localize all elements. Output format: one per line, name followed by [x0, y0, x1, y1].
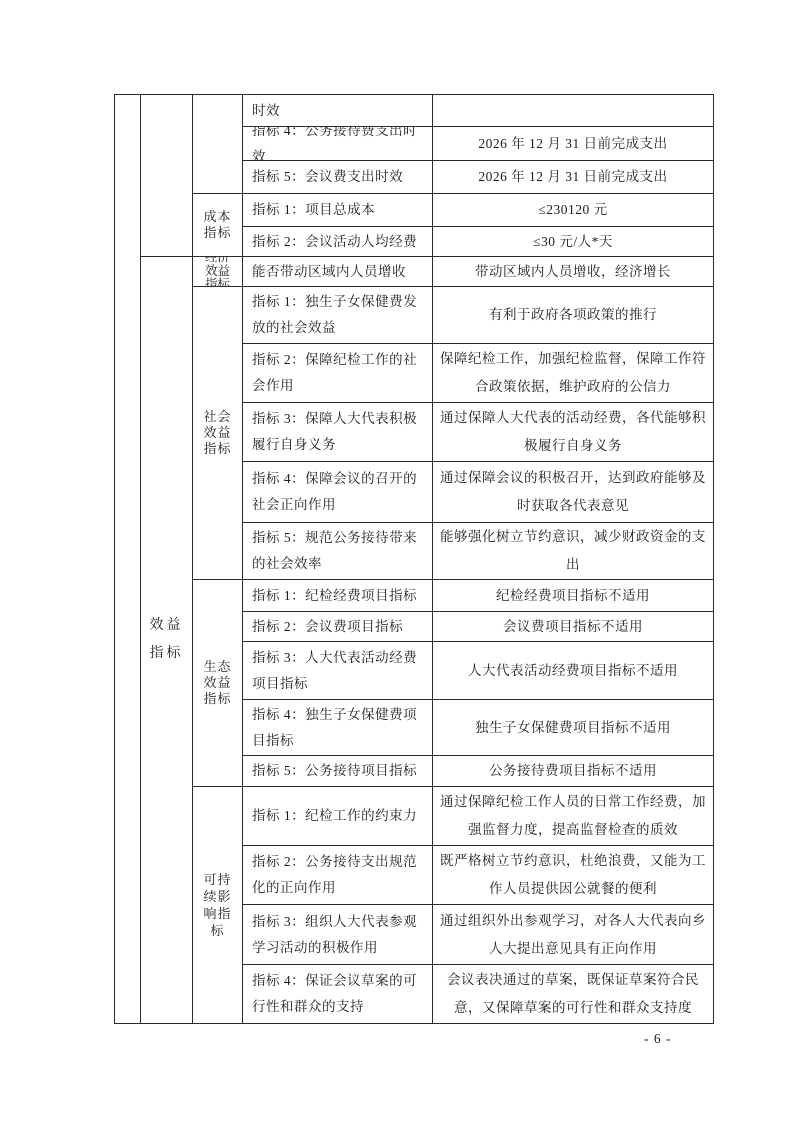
group-ecological-cell: 生态效益指标 [193, 580, 243, 787]
indicator-cell: 能否带动区域内人员增收 [243, 257, 433, 287]
indicator-cell: 指标 1：纪检工作的约束力 [243, 787, 433, 846]
value-cell: ≤30 元/人*天 [433, 227, 713, 257]
page-number: - 6 - [644, 1031, 672, 1047]
indicator-cell: 指标 4：独生子女保健费项目指标 [243, 700, 433, 756]
indicator-cell: 指标 2：会议活动人均经费 [243, 227, 433, 257]
group-cost-label: 成本指标 [203, 209, 232, 241]
indicator-cell: 指标 5：会议费支出时效 [243, 161, 433, 194]
group-empty-cell [193, 95, 243, 194]
group-ecological-label: 生态效益指标 [203, 659, 232, 707]
group-cost-cell: 成本指标 [193, 194, 243, 257]
left-spanner-cell [115, 95, 141, 1023]
indicator-cell: 指标 2：会议费项目指标 [243, 612, 433, 642]
indicator-cell: 指标 3：人大代表活动经费项目指标 [243, 642, 433, 700]
category-benefit-cell: 效益指标 [141, 257, 193, 1023]
indicator-cell: 指标 1：纪检经费项目指标 [243, 580, 433, 612]
benefit-indicators-label: 效益指标 [150, 612, 184, 668]
indicator-cell: 指标 1：项目总成本 [243, 194, 433, 227]
value-cell: 2026 年 12 月 31 日前完成支出 [433, 161, 713, 194]
value-cell: 2026 年 12 月 31 日前完成支出 [433, 127, 713, 161]
indicator-cell: 指标 3：保障人大代表积极履行自身义务 [243, 403, 433, 462]
value-cell: 纪检经费项目指标不适用 [433, 580, 713, 612]
value-cell: 人大代表活动经费项目指标不适用 [433, 642, 713, 700]
value-cell: 会议表决通过的草案，既保证草案符合民意，又保障草案的可行性和群众支持度 [433, 965, 713, 1023]
value-cell: 保障纪检工作，加强纪检监督，保障工作符合政策依据，维护政府的公信力 [433, 344, 713, 403]
group-economic-label: 经济效益指标 [204, 257, 231, 287]
value-cell: 通过组织外出参观学习，对各人大代表向乡人大提出意见具有正向作用 [433, 905, 713, 965]
indicator-cell: 指标 4：保障会议的召开的社会正向作用 [243, 462, 433, 523]
indicator-cell: 指标 5：规范公务接待带来的社会效率 [243, 523, 433, 580]
value-cell: 带动区域内人员增收，经济增长 [433, 257, 713, 287]
value-cell: 会议费项目指标不适用 [433, 612, 713, 642]
indicator-cell: 指标 5：公务接待项目指标 [243, 756, 433, 787]
group-social-cell: 社会效益指标 [193, 287, 243, 580]
value-cell: 通过保障纪检工作人员的日常工作经费，加强监督力度，提高监督检查的质效 [433, 787, 713, 846]
value-cell: 通过保障人大代表的活动经费，各代能够积极履行自身义务 [433, 403, 713, 462]
value-cell: 独生子女保健费项目指标不适用 [433, 700, 713, 756]
value-cell: 既严格树立节约意识，杜绝浪费，又能为工作人员提供因公就餐的便利 [433, 846, 713, 905]
indicator-cell: 时效 [243, 95, 433, 127]
group-social-label: 社会效益指标 [203, 409, 232, 457]
group-sustainability-label: 可持续影响指标 [203, 871, 232, 939]
document-page: 效益指标 成本指标 经济效益指标 社会效益指标 生态效益指标 可持续影响指标 时… [0, 0, 793, 1122]
indicator-cell: 指标 4：公务接待费支出时效 [243, 127, 433, 161]
group-sustainability-cell: 可持续影响指标 [193, 787, 243, 1023]
value-cell: 通过保障会议的积极召开，达到政府能够及时获取各代表意见 [433, 462, 713, 523]
indicator-cell: 指标 3：组织人大代表参观学习活动的积极作用 [243, 905, 433, 965]
value-cell: 公务接待费项目指标不适用 [433, 756, 713, 787]
group-economic-cell: 经济效益指标 [193, 257, 243, 287]
indicator-cell: 指标 1：独生子女保健费发放的社会效益 [243, 287, 433, 344]
indicator-cell: 指标 2：保障纪检工作的社会作用 [243, 344, 433, 403]
indicator-cell: 指标 2：公务接待支出规范化的正向作用 [243, 846, 433, 905]
value-cell: ≤230120 元 [433, 194, 713, 227]
value-cell [433, 95, 713, 127]
indicator-cell: 指标 4：保证会议草案的可行性和群众的支持 [243, 965, 433, 1023]
category-empty-cell [141, 95, 193, 257]
performance-indicator-table: 效益指标 成本指标 经济效益指标 社会效益指标 生态效益指标 可持续影响指标 时… [114, 94, 714, 1024]
value-cell: 有利于政府各项政策的推行 [433, 287, 713, 344]
value-cell: 能够强化树立节约意识，减少财政资金的支出 [433, 523, 713, 580]
